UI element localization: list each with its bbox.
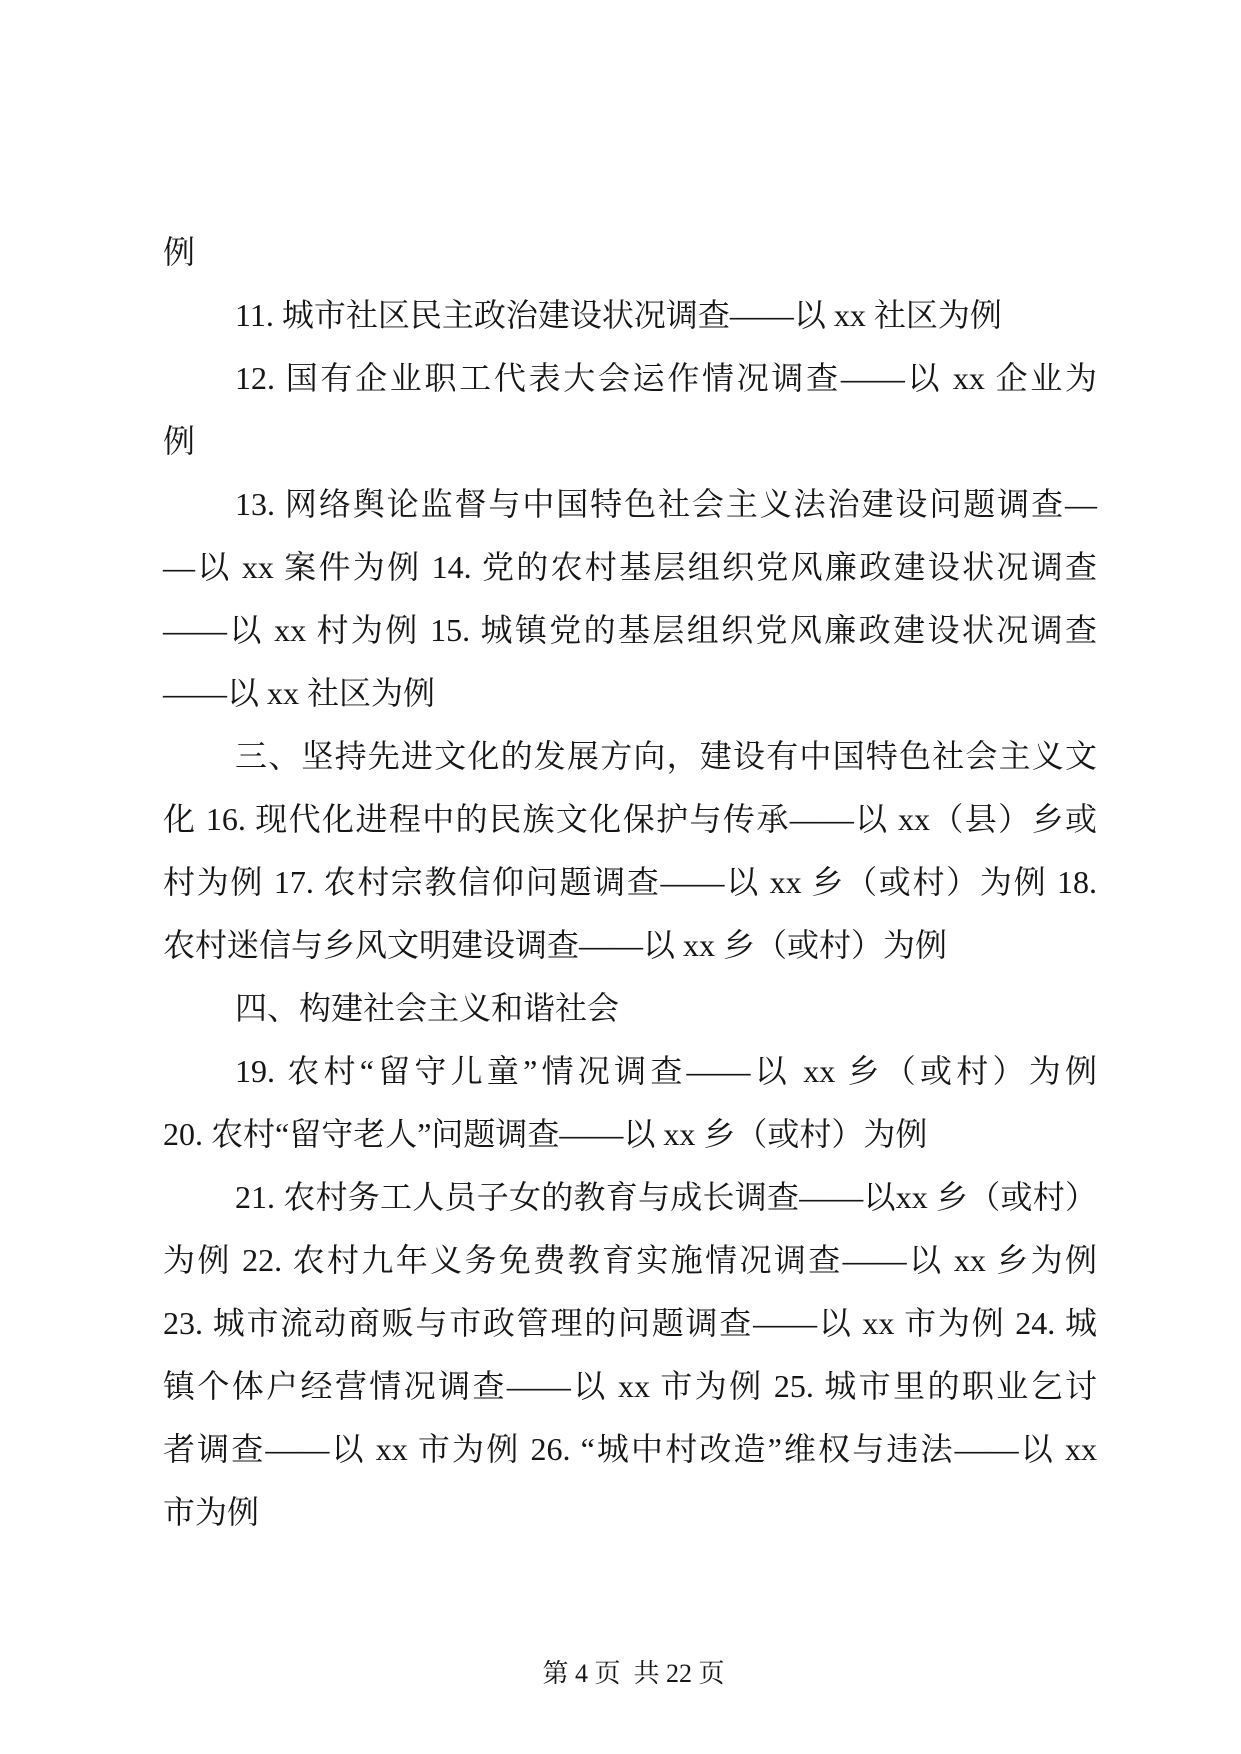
document-body: 例11. 城市社区民主政治建设状况调查——以 xx 社区为例12. 国有企业职工… <box>163 221 1097 1544</box>
page-footer: 第 4 页 共 22 页 <box>0 1614 1241 1734</box>
text-line: 19. 农村“留守儿童”情况调查——以 xx 乡（或村）为例 <box>163 1040 1097 1103</box>
text-line: 20. 农村“留守老人”问题调查——以 xx 乡（或村）为例 <box>163 1103 1097 1166</box>
text-line: 化 16. 现代化进程中的民族文化保护与传承——以 xx（县）乡或 <box>163 788 1097 851</box>
text-line: 例 <box>163 410 1097 473</box>
text-line: 21. 农村务工人员子女的教育与成长调查——以xx 乡（或村） <box>163 1166 1097 1229</box>
text-line: 例 <box>163 221 1097 284</box>
text-line: 12. 国有企业职工代表大会运作情况调查——以 xx 企业为 <box>163 347 1097 410</box>
text-line: ——以 xx 社区为例 <box>163 662 1097 725</box>
text-line: 四、构建社会主义和谐社会 <box>163 977 1097 1040</box>
text-line: 23. 城市流动商贩与市政管理的问题调查——以 xx 市为例 24. 城 <box>163 1292 1097 1355</box>
text-line: 农村迷信与乡风文明建设调查——以 xx 乡（或村）为例 <box>163 914 1097 977</box>
text-line: 者调查——以 xx 市为例 26. “城中村改造”维权与违法——以 xx <box>163 1418 1097 1481</box>
text-line: 村为例 17. 农村宗教信仰问题调查——以 xx 乡（或村）为例 18. <box>163 851 1097 914</box>
page-number-label: 第 4 页 共 22 页 <box>542 1659 724 1688</box>
text-line: —以 xx 案件为例 14. 党的农村基层组织党风廉政建设状况调查 <box>163 536 1097 599</box>
text-line: 三、坚持先进文化的发展方向，建设有中国特色社会主义文 <box>163 725 1097 788</box>
text-line: 为例 22. 农村九年义务免费教育实施情况调查——以 xx 乡为例 <box>163 1229 1097 1292</box>
text-line: 11. 城市社区民主政治建设状况调查——以 xx 社区为例 <box>163 284 1097 347</box>
text-line: 市为例 <box>163 1481 1097 1544</box>
text-line: ——以 xx 村为例 15. 城镇党的基层组织党风廉政建设状况调查 <box>163 599 1097 662</box>
text-line: 镇个体户经营情况调查——以 xx 市为例 25. 城市里的职业乞讨 <box>163 1355 1097 1418</box>
text-line: 13. 网络舆论监督与中国特色社会主义法治建设问题调查— <box>163 473 1097 536</box>
document-page: 例11. 城市社区民主政治建设状况调查——以 xx 社区为例12. 国有企业职工… <box>0 0 1241 1754</box>
